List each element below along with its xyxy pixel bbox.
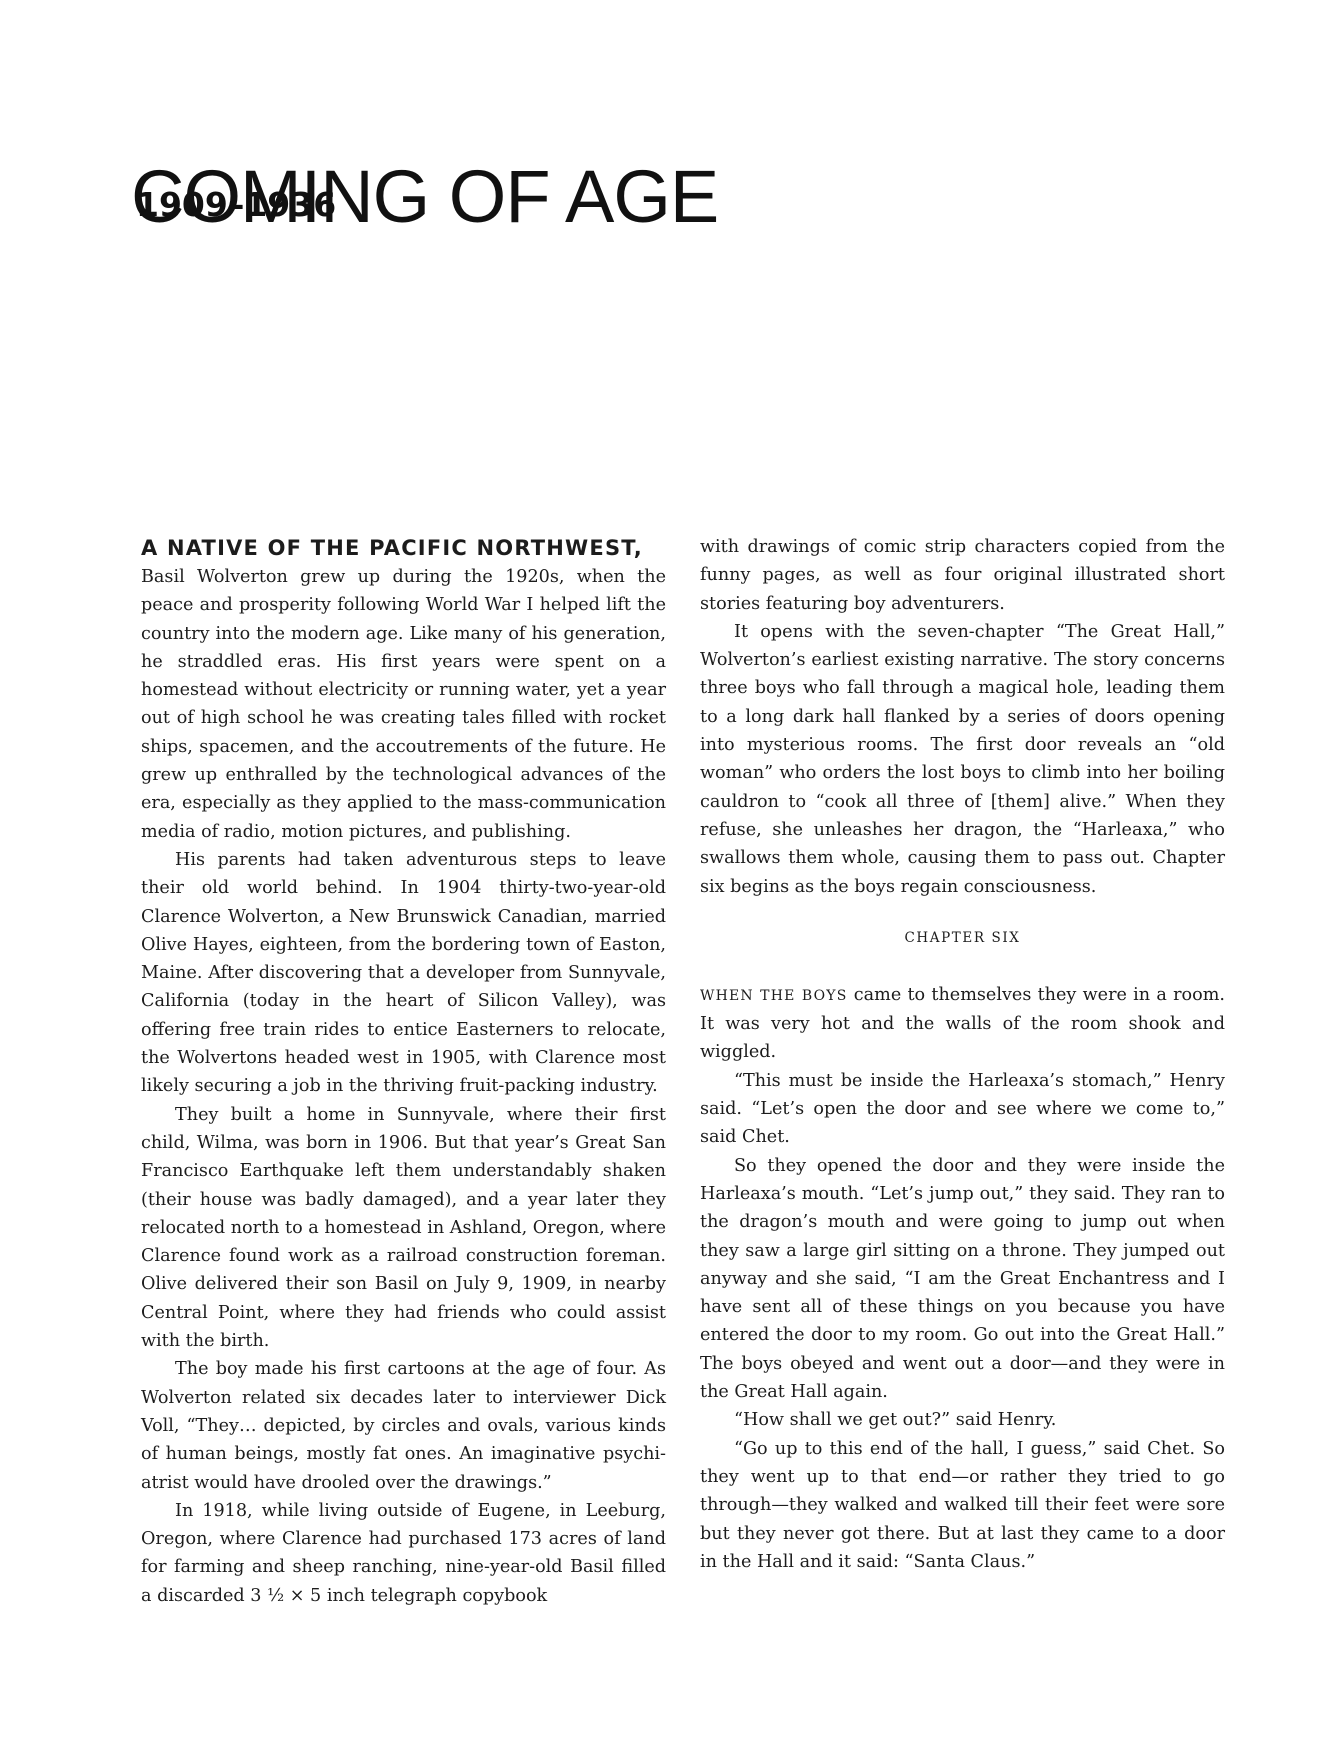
- story-opening-paragraph: WHEN THE BOYS came to themselves they we…: [700, 981, 1225, 1067]
- story-paragraph: So they opened the door and they were in…: [700, 1152, 1225, 1407]
- story-opening-smallcaps: WHEN THE BOYS: [700, 988, 848, 1004]
- body-paragraph: It opens with the seven-chapter “The Gre…: [700, 618, 1225, 901]
- lead-in-heading: A NATIVE OF THE PACIFIC NORTHWEST,: [141, 533, 666, 563]
- body-paragraph: The boy made his first cartoons at the a…: [141, 1355, 666, 1496]
- excerpt-chapter-heading: CHAPTER SIX: [700, 928, 1225, 948]
- body-paragraph: His parents had taken adventurous steps …: [141, 846, 666, 1101]
- story-paragraph: “This must be inside the Harleaxa’s stom…: [700, 1067, 1225, 1152]
- body-paragraph: They built a home in Sunnyvale, where th…: [141, 1101, 666, 1356]
- body-paragraph: In 1918, while living outside of Eugene,…: [141, 1497, 666, 1610]
- story-paragraph: “Go up to this end of the hall, I guess,…: [700, 1435, 1225, 1576]
- body-paragraph: with drawings of comic strip characters …: [700, 533, 1225, 618]
- right-column: with drawings of comic strip characters …: [700, 533, 1225, 1576]
- left-column: A NATIVE OF THE PACIFIC NORTHWEST, Basil…: [141, 533, 666, 1610]
- chapter-date-range: 1909–1936: [136, 188, 336, 221]
- body-paragraph: Basil Wolverton grew up during the 1920s…: [141, 563, 666, 846]
- story-excerpt: WHEN THE BOYS came to themselves they we…: [700, 981, 1225, 1576]
- story-paragraph: “How shall we get out?” said Henry.: [700, 1406, 1225, 1434]
